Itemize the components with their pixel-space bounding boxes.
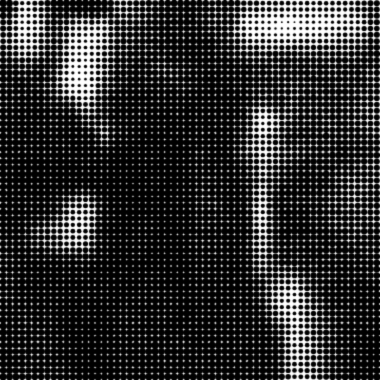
halftone-photo: [0, 0, 380, 380]
screen: { "image": { "subject": "high-contrast h…: [0, 0, 380, 380]
halftone-image: [0, 0, 380, 380]
